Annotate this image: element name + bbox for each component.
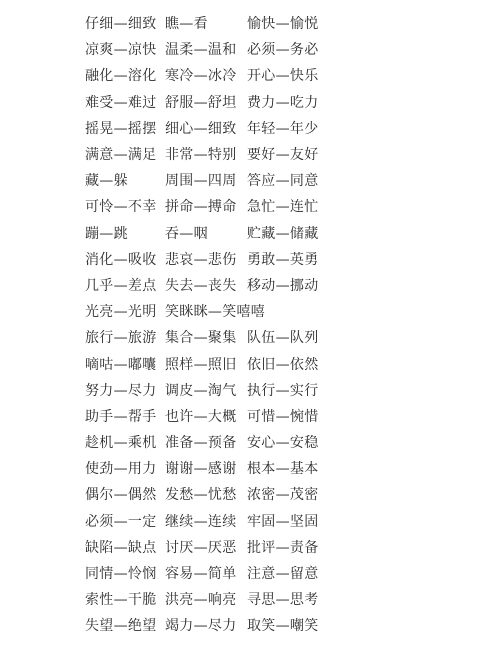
synonym-pair: 批评—责备 <box>247 539 337 557</box>
synonym-pair: 旅行—旅游 <box>85 329 165 347</box>
synonym-pair: 藏—躲 <box>85 172 165 190</box>
synonym-pair: 也许—大概 <box>165 408 247 426</box>
list-row: 可怜—不幸拼命—搏命急忙—连忙 <box>85 194 337 220</box>
synonym-pair: 准备—预备 <box>165 434 247 452</box>
list-row: 嘀咕—嘟囔照样—照旧依旧—依然 <box>85 351 337 377</box>
list-row: 必须—一定继续—连续牢固—坚固 <box>85 509 337 535</box>
synonym-pair: 努力—尽力 <box>85 382 165 400</box>
synonym-pair: 发愁—忧愁 <box>165 486 247 504</box>
list-row: 融化—溶化寒冷—冰冷开心—快乐 <box>85 63 337 89</box>
synonym-pair: 根本—基本 <box>247 460 337 478</box>
synonym-pair: 寻思—思考 <box>247 591 337 609</box>
list-row: 同情—怜悯容易—简单注意—留意 <box>85 561 337 587</box>
synonym-pair: 融化—溶化 <box>85 67 165 85</box>
list-row: 消化—吸收悲哀—悲伤勇敢—英勇 <box>85 247 337 273</box>
list-row: 凉爽—凉快温柔—温和必须—务必 <box>85 37 337 63</box>
synonym-pair: 讨厌—厌恶 <box>165 539 247 557</box>
synonym-pair: 谢谢—感谢 <box>165 460 247 478</box>
synonym-pair: 嘀咕—嘟囔 <box>85 356 165 374</box>
list-row: 偶尔—偶然发愁—忧愁浓密—茂密 <box>85 482 337 508</box>
synonym-pair: 拼命—搏命 <box>165 198 247 216</box>
list-row: 努力—尽力调皮—淘气执行—实行 <box>85 378 337 404</box>
synonym-word-list: 仔细—细致瞧—看愉快—愉悦 凉爽—凉快温柔—温和必须—务必 融化—溶化寒冷—冰冷… <box>85 11 337 640</box>
synonym-pair: 非常—特别 <box>165 146 247 164</box>
list-row: 难受—难过舒服—舒坦费力—吃力 <box>85 90 337 116</box>
synonym-pair: 仔细—细致 <box>85 15 165 33</box>
synonym-pair: 照样—照旧 <box>165 356 247 374</box>
synonym-pair: 吞—咽 <box>165 225 247 243</box>
synonym-pair: 悲哀—悲伤 <box>165 251 247 269</box>
synonym-pair: 难受—难过 <box>85 94 165 112</box>
synonym-pair: 索性—干脆 <box>85 591 165 609</box>
synonym-pair: 勇敢—英勇 <box>247 251 337 269</box>
synonym-pair: 光亮—光明 <box>85 303 165 321</box>
synonym-pair: 细心—细致 <box>165 120 247 138</box>
synonym-pair: 必须—一定 <box>85 513 165 531</box>
synonym-pair: 失望—绝望 <box>85 617 165 635</box>
list-row: 缺陷—缺点讨厌—厌恶批评—责备 <box>85 535 337 561</box>
synonym-pair: 可惜—惋惜 <box>247 408 337 426</box>
synonym-pair: 摇晃—摇摆 <box>85 120 165 138</box>
list-row: 几乎—差点失去—丧失移动—挪动 <box>85 273 337 299</box>
synonym-pair: 容易—简单 <box>165 565 247 583</box>
synonym-pair: 助手—帮手 <box>85 408 165 426</box>
synonym-pair: 可怜—不幸 <box>85 198 165 216</box>
synonym-pair: 蹦—跳 <box>85 225 165 243</box>
synonym-pair: 洪亮—响亮 <box>165 591 247 609</box>
list-row: 使劲—用力谢谢—感谢根本—基本 <box>85 456 337 482</box>
list-row: 旅行—旅游集合—聚集队伍—队列 <box>85 325 337 351</box>
synonym-pair: 偶尔—偶然 <box>85 486 165 504</box>
synonym-pair: 竭力—尽力 <box>165 617 247 635</box>
synonym-pair: 失去—丧失 <box>165 277 247 295</box>
synonym-pair: 凉爽—凉快 <box>85 41 165 59</box>
synonym-pair: 瞧—看 <box>165 15 247 33</box>
synonym-pair: 温柔—温和 <box>165 41 247 59</box>
list-row: 摇晃—摇摆细心—细致年轻—年少 <box>85 116 337 142</box>
list-row: 藏—躲周围—四周答应—同意 <box>85 168 337 194</box>
synonym-pair: 执行—实行 <box>247 382 337 400</box>
synonym-pair: 必须—务必 <box>247 41 337 59</box>
synonym-pair: 队伍—队列 <box>247 329 337 347</box>
synonym-pair: 舒服—舒坦 <box>165 94 247 112</box>
synonym-pair: 注意—留意 <box>247 565 337 583</box>
list-row: 助手—帮手也许—大概可惜—惋惜 <box>85 404 337 430</box>
document-page: 仔细—细致瞧—看愉快—愉悦 凉爽—凉快温柔—温和必须—务必 融化—溶化寒冷—冰冷… <box>0 0 500 671</box>
synonym-pair: 愉快—愉悦 <box>247 15 337 33</box>
synonym-pair: 答应—同意 <box>247 172 337 190</box>
synonym-pair: 移动—挪动 <box>247 277 337 295</box>
list-row: 索性—干脆洪亮—响亮寻思—思考 <box>85 587 337 613</box>
synonym-pair: 安心—安稳 <box>247 434 337 452</box>
synonym-pair: 几乎—差点 <box>85 277 165 295</box>
synonym-pair: 寒冷—冰冷 <box>165 67 247 85</box>
synonym-pair: 集合—聚集 <box>165 329 247 347</box>
synonym-pair: 调皮—淘气 <box>165 382 247 400</box>
synonym-pair: 牢固—坚固 <box>247 513 337 531</box>
synonym-pair: 贮藏—储藏 <box>247 225 337 243</box>
list-row: 仔细—细致瞧—看愉快—愉悦 <box>85 11 337 37</box>
synonym-pair: 消化—吸收 <box>85 251 165 269</box>
synonym-pair: 费力—吃力 <box>247 94 337 112</box>
list-row: 失望—绝望竭力—尽力取笑—嘲笑 <box>85 613 337 639</box>
synonym-pair: 急忙—连忙 <box>247 198 337 216</box>
synonym-pair: 年轻—年少 <box>247 120 337 138</box>
synonym-pair: 浓密—茂密 <box>247 486 337 504</box>
synonym-pair: 使劲—用力 <box>85 460 165 478</box>
synonym-pair: 缺陷—缺点 <box>85 539 165 557</box>
list-row: 蹦—跳吞—咽贮藏—储藏 <box>85 221 337 247</box>
list-row: 光亮—光明笑眯眯—笑嘻嘻 <box>85 299 337 325</box>
list-row: 满意—满足非常—特别要好—友好 <box>85 142 337 168</box>
synonym-pair: 开心—快乐 <box>247 67 337 85</box>
synonym-pair: 笑眯眯—笑嘻嘻 <box>165 303 337 321</box>
synonym-pair: 要好—友好 <box>247 146 337 164</box>
list-row: 趁机—乘机准备—预备安心—安稳 <box>85 430 337 456</box>
synonym-pair: 同情—怜悯 <box>85 565 165 583</box>
synonym-pair: 继续—连续 <box>165 513 247 531</box>
synonym-pair: 周围—四周 <box>165 172 247 190</box>
synonym-pair: 满意—满足 <box>85 146 165 164</box>
synonym-pair: 趁机—乘机 <box>85 434 165 452</box>
synonym-pair: 依旧—依然 <box>247 356 337 374</box>
synonym-pair: 取笑—嘲笑 <box>247 617 337 635</box>
